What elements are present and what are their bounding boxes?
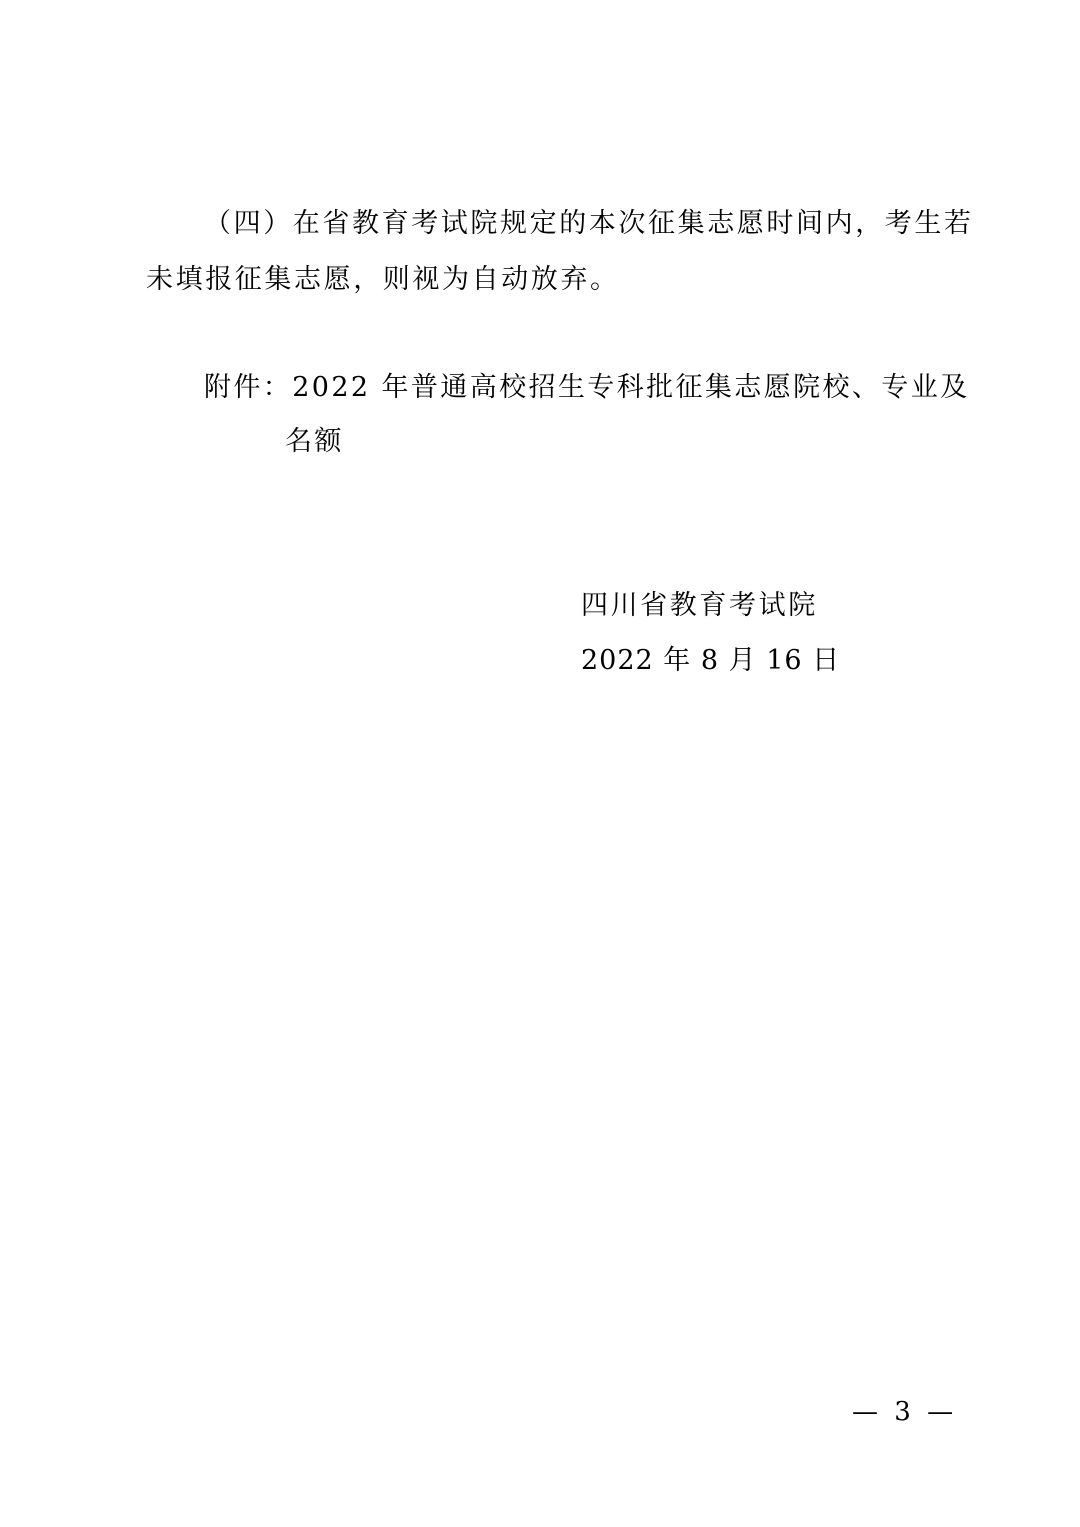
page-number: — 3 —: [852, 1395, 957, 1429]
attachment-line-2: 名额: [285, 422, 344, 462]
paragraph-4-line-2: 未填报征集志愿，则视为自动放弃。: [146, 260, 620, 300]
paragraph-4-line-1: （四）在省教育考试院规定的本次征集志愿时间内，考生若: [204, 204, 974, 244]
signature-date: 2022 年 8 月 16 日: [581, 641, 840, 681]
signature-organization: 四川省教育考试院: [581, 586, 818, 626]
attachment-line-1: 附件：2022 年普通高校招生专科批征集志愿院校、专业及: [204, 368, 970, 408]
